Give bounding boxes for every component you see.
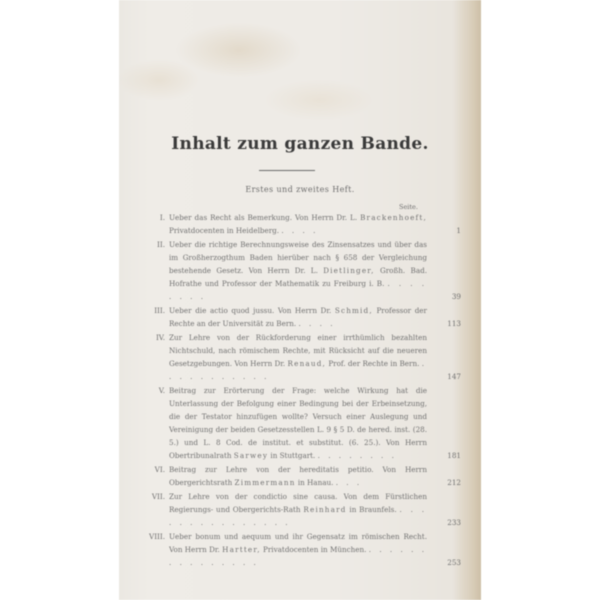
title-divider bbox=[259, 170, 315, 171]
entry-page-number: 147 bbox=[431, 370, 461, 383]
leader-dots: . . . bbox=[336, 478, 362, 487]
entry-affiliation: Privatdocenten in München. bbox=[263, 545, 366, 554]
leader-dots: . . . . bbox=[281, 226, 318, 235]
entry-author: Zimmermann bbox=[235, 478, 296, 487]
entry-author: Renaud, bbox=[288, 359, 327, 368]
table-of-contents: I. Ueber das Recht als Bemerkung. Von He… bbox=[141, 211, 461, 570]
entry-author: Reinhard bbox=[303, 505, 346, 514]
entry-numeral: II. bbox=[141, 238, 165, 251]
toc-entry: VI. Beitrag zur Lehre von der hereditati… bbox=[141, 463, 461, 489]
entry-page-number: 39 bbox=[431, 290, 461, 303]
entry-page-number: 1 bbox=[431, 224, 461, 237]
entry-affiliation: in Braunfels. bbox=[349, 505, 396, 514]
entry-page-number: 113 bbox=[431, 317, 461, 330]
entry-numeral: VIII. bbox=[141, 530, 165, 543]
entry-page-number: 233 bbox=[431, 516, 461, 529]
page-column-label: Seite. bbox=[399, 203, 418, 211]
entry-numeral: VII. bbox=[141, 490, 165, 503]
book-page: Inhalt zum ganzen Bande. Erstes und zwei… bbox=[119, 0, 481, 600]
entry-affiliation: Prof. der Rechte in Bern. bbox=[328, 359, 419, 368]
entry-affiliation: in Stuttgart. bbox=[270, 451, 315, 460]
entry-page-number: 212 bbox=[431, 476, 461, 489]
entry-author: Brackenhoeft, bbox=[360, 213, 427, 222]
entry-author: Hartter, bbox=[222, 545, 261, 554]
entry-numeral: VI. bbox=[141, 463, 165, 476]
leader-dots: . . . . bbox=[298, 319, 335, 328]
entry-numeral: I. bbox=[141, 211, 165, 224]
entry-title: Ueber das Recht als Bemerkung. Von Herrn… bbox=[169, 213, 357, 222]
entry-page-number: 181 bbox=[431, 449, 461, 462]
entry-title: Ueber die actio quod jussu. Von Herrn Dr… bbox=[169, 306, 331, 315]
entry-numeral: IV. bbox=[141, 331, 165, 344]
page-title: Inhalt zum ganzen Bande. bbox=[119, 134, 481, 154]
entry-author: Sarwey bbox=[234, 451, 268, 460]
entry-numeral: V. bbox=[141, 384, 165, 397]
toc-entry: III. Ueber die actio quod jussu. Von Her… bbox=[141, 304, 461, 330]
entry-numeral: III. bbox=[141, 304, 165, 317]
entry-author: Schmid, bbox=[335, 306, 373, 315]
entry-author: Dietlinger, bbox=[323, 266, 374, 275]
section-subtitle: Erstes und zweites Heft. bbox=[119, 185, 481, 194]
entry-affiliation: in Hanau. bbox=[298, 478, 334, 487]
toc-entry: I. Ueber das Recht als Bemerkung. Von He… bbox=[141, 211, 461, 237]
toc-entry: V. Beitrag zur Erörterung der Frage: wel… bbox=[141, 384, 461, 462]
entry-page-number: 253 bbox=[431, 556, 461, 569]
toc-entry: VII. Zur Lehre von der condictio sine ca… bbox=[141, 490, 461, 529]
entry-title: Beitrag zur Erörterung der Frage: welche… bbox=[169, 386, 427, 460]
toc-entry: IV. Zur Lehre von der Rückforderung eine… bbox=[141, 331, 461, 383]
toc-entry: II. Ueber die richtige Berechnungsweise … bbox=[141, 238, 461, 303]
leader-dots: . . . . . . . . bbox=[318, 451, 397, 460]
toc-entry: VIII. Ueber bonum und aequum und ihr Geg… bbox=[141, 530, 461, 569]
entry-affiliation: Privatdocenten in Heidelberg. bbox=[169, 226, 279, 235]
